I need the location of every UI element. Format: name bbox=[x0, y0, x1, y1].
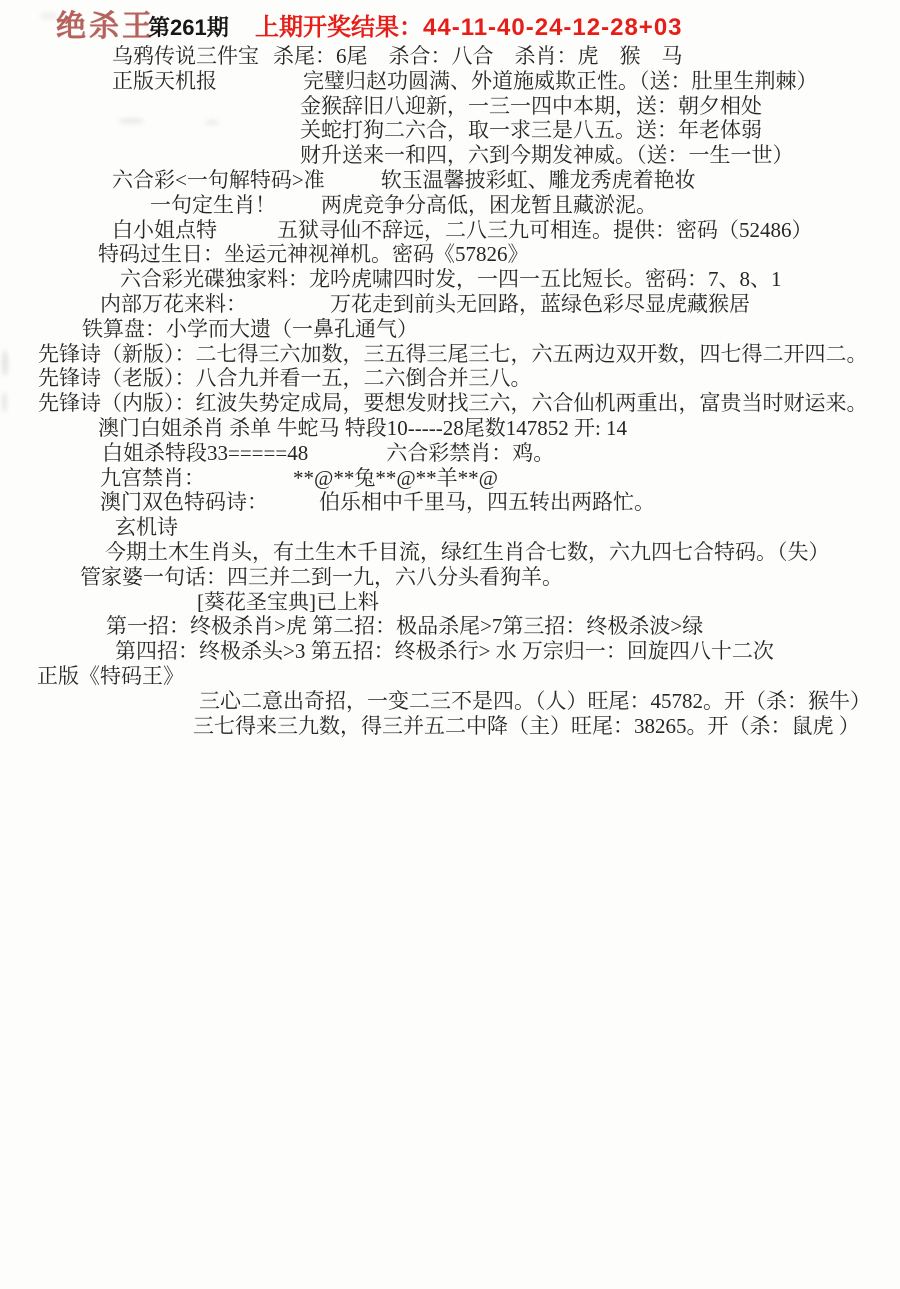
line-tianji-verse-2: 金猴辞旧八迎新，一三一四中本期，送：朝夕相处 bbox=[0, 94, 900, 119]
line-text: [葵花圣宝典]已上料 bbox=[197, 590, 379, 615]
line-text: 伯乐相中千里马，四五转出两路忙。 bbox=[319, 490, 655, 515]
lottery-tip-sheet: 绝杀王 第261期 上期开奖结果：44-11-40-24-12-28+03 乌鸦… bbox=[0, 0, 900, 1289]
line-text: 六合彩禁肖：鸡。 bbox=[386, 441, 554, 466]
last-draw-result-numbers: 44-11-40-24-12-28+03 bbox=[423, 14, 683, 41]
line-text: 三七得来三九数，得三并五二中降（主）旺尾：38265。开（杀：鼠虎 ） bbox=[193, 714, 860, 739]
line-cd-exclusive: 六合彩光碟独家料：龙吟虎啸四时发，一四一五比短长。密码：7、8、1 bbox=[0, 267, 900, 292]
line-text: 正版《特码王》 bbox=[37, 664, 184, 689]
line-label: 澳门双色特码诗： bbox=[100, 490, 268, 515]
line-text: 完璧归赵功圆满、外道施威欺正性。（送：肚里生荆棘） bbox=[303, 69, 818, 94]
line-moves-4-to-5: 第四招：终极杀头>3 第五招：终极杀行> 水 万宗归一：回旋四八十二次 bbox=[0, 639, 900, 664]
line-text: 财升送来一和四，六到今期发神威。（送：一生一世） bbox=[300, 143, 794, 168]
line-macau-baijie-kill: 澳门白姐杀肖 杀单 牛蛇马 特段10-----28尾数147852 开: 14 bbox=[0, 416, 900, 441]
line-text: 金猴辞旧八迎新，一三一四中本期，送：朝夕相处 bbox=[300, 94, 762, 119]
line-label: 九宫禁肖： bbox=[100, 466, 205, 491]
line-one-sentence-code: 六合彩<一句解特码>准软玉温馨披彩虹、雕龙秀虎着艳妆 bbox=[0, 168, 900, 193]
line-label: 乌鸦传说三件宝 bbox=[112, 44, 259, 69]
last-draw-result: 上期开奖结果：44-11-40-24-12-28+03 bbox=[255, 7, 683, 42]
line-label: 正版天机报 bbox=[112, 69, 217, 94]
tip-sheet-body: 乌鸦传说三件宝杀尾：6尾 杀合：八合 杀肖：虎 猴 马 正版天机报完璧归赵功圆满… bbox=[0, 44, 900, 738]
line-crow-legend: 乌鸦传说三件宝杀尾：6尾 杀合：八合 杀肖：虎 猴 马 bbox=[0, 44, 900, 69]
line-text: 第一招：终极杀肖>虎 第二招：极品杀尾>7第三招：终极杀波>绿 bbox=[106, 614, 703, 639]
line-macau-two-color-poem: 澳门双色特码诗：伯乐相中千里马，四五转出两路忙。 bbox=[0, 490, 900, 515]
line-baijie-kill-segment: 白姐杀特段33=====48六合彩禁肖：鸡。 bbox=[0, 441, 900, 466]
line-text: 澳门白姐杀肖 杀单 牛蛇马 特段10-----28尾数147852 开: 14 bbox=[98, 416, 627, 441]
line-pioneer-poem-old: 先锋诗（老版）：八合九并看一五，二六倒合并三八。 bbox=[0, 366, 900, 391]
line-tianji-verse-4: 财升送来一和四，六到今期发神威。（送：一生一世） bbox=[0, 143, 900, 168]
line-label: 一句定生肖！ bbox=[150, 193, 276, 218]
line-tianji-verse-3: 关蛇打狗二六合，取一求三是八五。送：年老体弱 bbox=[0, 118, 900, 143]
issue-number: 第261期 bbox=[148, 11, 229, 42]
line-text: 三心二意出奇招，一变二三不是四。（人）旺尾：45782。开（杀：猴牛） bbox=[199, 689, 871, 714]
line-text: **@**兔**@**羊**@ bbox=[293, 466, 498, 491]
line-one-sentence-zodiac: 一句定生肖！两虎竞争分高低，困龙暂且藏淤泥。 bbox=[0, 193, 900, 218]
line-internal-wanhua: 内部万花来料：万花走到前头无回路，蓝绿色彩尽显虎藏猴居 bbox=[0, 292, 900, 317]
line-text: 先锋诗（新版）：二七得三六加数，三五得三尾三七，六五两边双开数，四七得二开四二。 bbox=[38, 342, 868, 367]
line-text: 铁算盘：小学而大遗（一鼻孔通气） bbox=[82, 317, 418, 342]
line-iron-abacus: 铁算盘：小学而大遗（一鼻孔通气） bbox=[0, 317, 900, 342]
page-title: 绝杀王 bbox=[56, 1, 155, 45]
line-text: 杀尾：6尾 杀合：八合 杀肖：虎 猴 马 bbox=[273, 44, 683, 69]
header: 绝杀王 第261期 上期开奖结果：44-11-40-24-12-28+03 bbox=[0, 0, 900, 44]
line-jiugong-ban: 九宫禁肖：**@**兔**@**羊**@ bbox=[0, 466, 900, 491]
line-pioneer-poem-inner: 先锋诗（内版）：红波失势定成局，要想发财找三六，六合仙机两重出，富贵当时财运来。 bbox=[0, 391, 900, 416]
line-pioneer-poem-new: 先锋诗（新版）：二七得三六加数，三五得三尾三七，六五两边双开数，四七得二开四二。 bbox=[0, 342, 900, 367]
line-text: 五狱寻仙不辞远，二八三九可相连。提供：密码（52486） bbox=[277, 218, 813, 243]
line-xuanji-poem-title: 玄机诗 bbox=[0, 515, 900, 540]
line-tema-wang-title: 正版《特码王》 bbox=[0, 664, 900, 689]
line-miss-bai-tip: 白小姐点特五狱寻仙不辞远，二八三九可相连。提供：密码（52486） bbox=[0, 218, 900, 243]
line-guanjiapo: 管家婆一句话：四三并二到一九，六八分头看狗羊。 bbox=[0, 565, 900, 590]
line-text: 玄机诗 bbox=[115, 515, 178, 540]
line-tema-wang-verse-2: 三七得来三九数，得三并五二中降（主）旺尾：38265。开（杀：鼠虎 ） bbox=[0, 714, 900, 739]
line-label: 六合彩<一句解特码>准 bbox=[112, 168, 325, 193]
line-text: 软玉温馨披彩虹、雕龙秀虎着艳妆 bbox=[381, 168, 696, 193]
line-text: 管家婆一句话：四三并二到一九，六八分头看狗羊。 bbox=[80, 565, 563, 590]
line-xuanji-poem: 今期土木生肖头，有土生木千目流，绿红生肖合七数，六九四七合特码。（失） bbox=[0, 540, 900, 565]
line-label: 内部万花来料： bbox=[100, 292, 247, 317]
line-text: 今期土木生肖头，有土生木千目流，绿红生肖合七数，六九四七合特码。（失） bbox=[105, 540, 830, 565]
line-text: 万花走到前头无回路，蓝绿色彩尽显虎藏猴居 bbox=[330, 292, 750, 317]
line-text: 先锋诗（内版）：红波失势定成局，要想发财找三六，六合仙机两重出，富贵当时财运来。 bbox=[38, 391, 868, 416]
line-text: 六合彩光碟独家料：龙吟虎啸四时发，一四一五比短长。密码：7、8、1 bbox=[120, 267, 782, 292]
line-text: 关蛇打狗二六合，取一求三是八五。送：年老体弱 bbox=[300, 118, 762, 143]
line-code-birthday: 特码过生日：坐运元神视禅机。密码《57826》 bbox=[0, 242, 900, 267]
line-tema-wang-verse-1: 三心二意出奇招，一变二三不是四。（人）旺尾：45782。开（杀：猴牛） bbox=[0, 689, 900, 714]
line-label: 白小姐点特 bbox=[112, 218, 217, 243]
line-label: 白姐杀特段33=====48 bbox=[102, 441, 308, 466]
line-text: 特码过生日：坐运元神视禅机。密码《57826》 bbox=[98, 242, 529, 267]
line-moves-1-to-3: 第一招：终极杀肖>虎 第二招：极品杀尾>7第三招：终极杀波>绿 bbox=[0, 614, 900, 639]
line-text: 先锋诗（老版）：八合九并看一五，二六倒合并三八。 bbox=[38, 366, 532, 391]
last-draw-result-label: 上期开奖结果： bbox=[255, 14, 423, 41]
line-text: 第四招：终极杀头>3 第五招：终极杀行> 水 万宗归一：回旋四八十二次 bbox=[115, 639, 774, 664]
line-kuihua-treasure: [葵花圣宝典]已上料 bbox=[0, 590, 900, 615]
line-tianji-report: 正版天机报完璧归赵功圆满、外道施威欺正性。（送：肚里生荆棘） bbox=[0, 69, 900, 94]
line-text: 两虎竞争分高低，困龙暂且藏淤泥。 bbox=[321, 193, 657, 218]
